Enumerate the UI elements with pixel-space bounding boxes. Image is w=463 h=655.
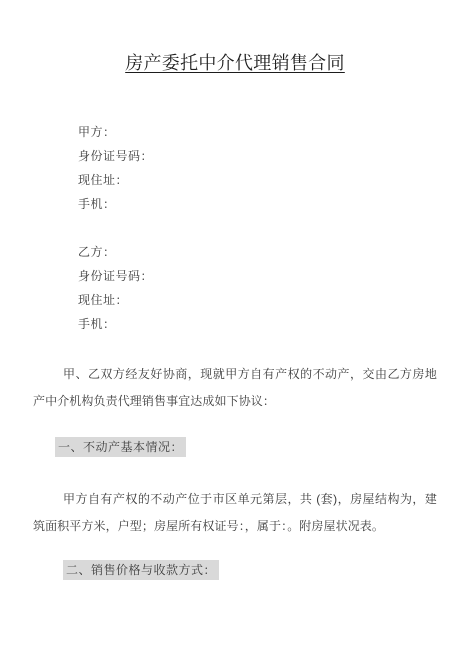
- intro-paragraph: 甲、乙双方经友好协商，现就甲方自有产权的不动产，交由乙方房地产中介机构负责代理销…: [33, 361, 437, 415]
- section-1-heading: 一、不动产基本情况：: [55, 437, 186, 457]
- contract-page: 房产委托中介代理销售合同 甲方： 身份证号码： 现住址： 手机： 乙方： 身份证…: [0, 0, 463, 655]
- party-a-name-label: 甲方：: [78, 120, 437, 144]
- party-b-address-label: 现住址：: [78, 288, 437, 312]
- section-1-heading-row: 一、不动产基本情况：: [55, 437, 437, 457]
- party-b-block: 乙方： 身份证号码： 现住址： 手机：: [33, 240, 437, 336]
- party-b-phone-label: 手机：: [78, 312, 437, 336]
- section-2-heading: 二、销售价格与收款方式：: [63, 560, 219, 580]
- contract-content: 房产委托中介代理销售合同 甲方： 身份证号码： 现住址： 手机： 乙方： 身份证…: [0, 52, 463, 580]
- section-1-body: 甲方自有产权的不动产位于市区单元第层，共 (套)，房屋结构为，建筑面积平方米，户…: [33, 486, 437, 540]
- party-b-id-label: 身份证号码：: [78, 264, 437, 288]
- party-b-name-label: 乙方：: [78, 240, 437, 264]
- party-a-phone-label: 手机：: [78, 192, 437, 216]
- party-a-id-label: 身份证号码：: [78, 144, 437, 168]
- document-title: 房产委托中介代理销售合同: [33, 52, 437, 74]
- section-2-heading-row: 二、销售价格与收款方式：: [63, 560, 437, 580]
- party-a-block: 甲方： 身份证号码： 现住址： 手机：: [33, 120, 437, 216]
- party-a-address-label: 现住址：: [78, 168, 437, 192]
